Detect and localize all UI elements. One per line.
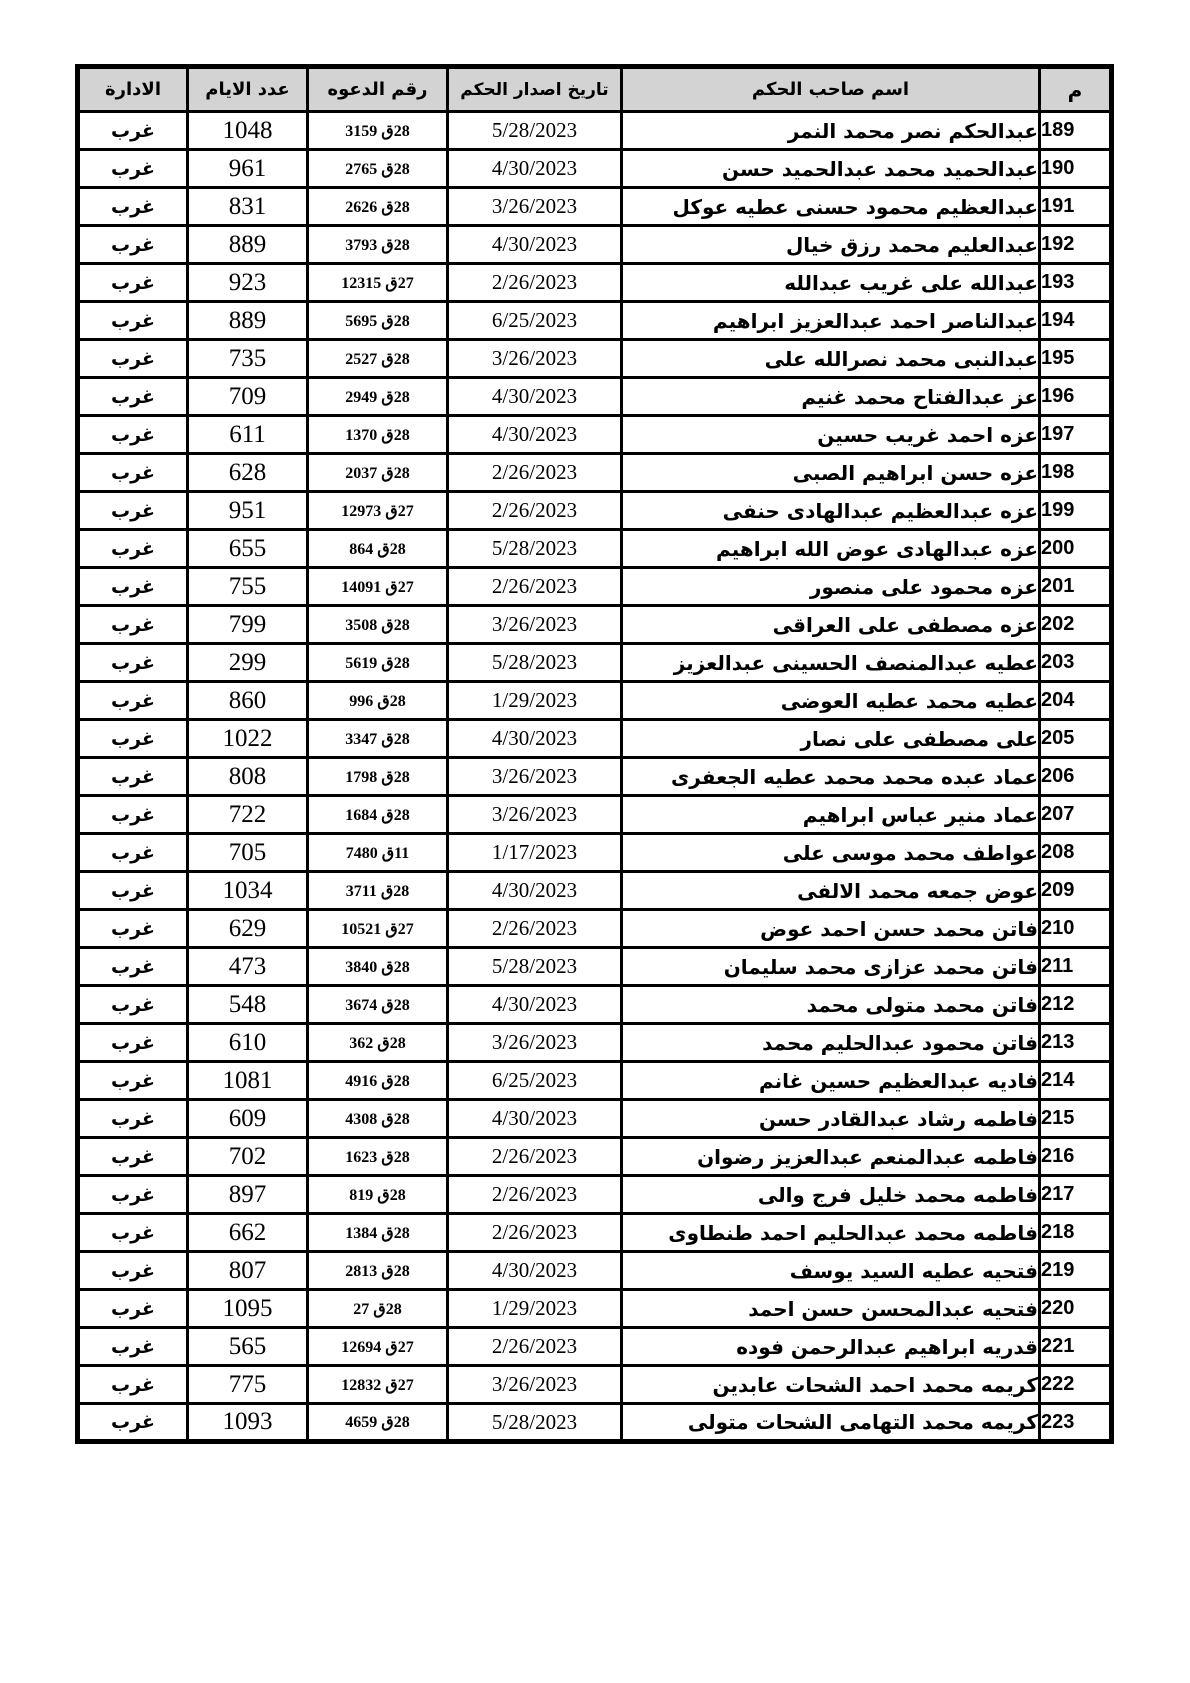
document-page: م اسم صاحب الحكم تاريخ اصدار الحكم رقم ا… — [0, 0, 1190, 1683]
administration-cell: غرب — [78, 530, 188, 568]
table-row: 213فاتن محمود عبدالحليم محمد3/26/2023362… — [78, 1024, 1112, 1062]
judgment-issue-date-cell: 4/30/2023 — [448, 150, 622, 188]
table-row: 189عبدالحكم نصر محمد النمر5/28/20233159 … — [78, 112, 1112, 150]
administration-cell: غرب — [78, 1062, 188, 1100]
case-number-cell: 12315 ق27 — [308, 264, 448, 302]
judgment-holder-name-cell: عبدالحميد محمد عبدالحميد حسن — [622, 150, 1040, 188]
table-body: 189عبدالحكم نصر محمد النمر5/28/20233159 … — [78, 112, 1112, 1442]
serial-number-cell: 217 — [1040, 1176, 1112, 1214]
table-row: 203عطيه عبدالمنصف الحسينى عبدالعزيز5/28/… — [78, 644, 1112, 682]
judgment-holder-name-cell: عماد عبده محمد محمد عطيه الجعفرى — [622, 758, 1040, 796]
judgments-table: م اسم صاحب الحكم تاريخ اصدار الحكم رقم ا… — [75, 64, 1114, 1444]
judgment-holder-name-cell: عبدالله على غريب عبدالله — [622, 264, 1040, 302]
case-number-cell: 1623 ق28 — [308, 1138, 448, 1176]
days-count-cell: 662 — [188, 1214, 308, 1252]
case-number-cell: 1384 ق28 — [308, 1214, 448, 1252]
administration-cell: غرب — [78, 378, 188, 416]
case-number-cell: 3711 ق28 — [308, 872, 448, 910]
administration-cell: غرب — [78, 910, 188, 948]
days-count-cell: 473 — [188, 948, 308, 986]
table-row: 221قدريه ابراهيم عبدالرحمن فوده2/26/2023… — [78, 1328, 1112, 1366]
case-number-cell: 362 ق28 — [308, 1024, 448, 1062]
table-row: 202عزه مصطفى على العراقى3/26/20233508 ق2… — [78, 606, 1112, 644]
header-row: م اسم صاحب الحكم تاريخ اصدار الحكم رقم ا… — [78, 67, 1112, 112]
judgment-issue-date-cell: 4/30/2023 — [448, 416, 622, 454]
serial-number-cell: 202 — [1040, 606, 1112, 644]
table-row: 211فاتن محمد عزازى محمد سليمان5/28/20233… — [78, 948, 1112, 986]
col-header-admin: الادارة — [78, 67, 188, 112]
judgment-issue-date-cell: 2/26/2023 — [448, 492, 622, 530]
col-header-case: رقم الدعوه — [308, 67, 448, 112]
case-number-cell: 27 ق28 — [308, 1290, 448, 1328]
case-number-cell: 3793 ق28 — [308, 226, 448, 264]
table-row: 208عواطف محمد موسى على1/17/20237480 ق117… — [78, 834, 1112, 872]
days-count-cell: 1022 — [188, 720, 308, 758]
table-row: 215فاطمه رشاد عبدالقادر حسن4/30/20234308… — [78, 1100, 1112, 1138]
judgment-issue-date-cell: 3/26/2023 — [448, 1024, 622, 1062]
table-row: 218فاطمه محمد عبدالحليم احمد طنطاوى2/26/… — [78, 1214, 1112, 1252]
judgment-issue-date-cell: 3/26/2023 — [448, 606, 622, 644]
administration-cell: غرب — [78, 1290, 188, 1328]
case-number-cell: 1370 ق28 — [308, 416, 448, 454]
table-row: 198عزه حسن ابراهيم الصبى2/26/20232037 ق2… — [78, 454, 1112, 492]
judgment-holder-name-cell: عزه حسن ابراهيم الصبى — [622, 454, 1040, 492]
judgment-issue-date-cell: 2/26/2023 — [448, 454, 622, 492]
serial-number-cell: 215 — [1040, 1100, 1112, 1138]
case-number-cell: 5695 ق28 — [308, 302, 448, 340]
days-count-cell: 709 — [188, 378, 308, 416]
days-count-cell: 629 — [188, 910, 308, 948]
judgment-holder-name-cell: فاتن محمد عزازى محمد سليمان — [622, 948, 1040, 986]
case-number-cell: 3508 ق28 — [308, 606, 448, 644]
judgment-holder-name-cell: عبدالنبى محمد نصرالله على — [622, 340, 1040, 378]
judgment-holder-name-cell: فاطمه عبدالمنعم عبدالعزيز رضوان — [622, 1138, 1040, 1176]
administration-cell: غرب — [78, 1252, 188, 1290]
serial-number-cell: 195 — [1040, 340, 1112, 378]
table-row: 206عماد عبده محمد محمد عطيه الجعفرى3/26/… — [78, 758, 1112, 796]
days-count-cell: 1081 — [188, 1062, 308, 1100]
days-count-cell: 299 — [188, 644, 308, 682]
serial-number-cell: 207 — [1040, 796, 1112, 834]
judgment-issue-date-cell: 6/25/2023 — [448, 302, 622, 340]
administration-cell: غرب — [78, 644, 188, 682]
col-header-serial: م — [1040, 67, 1112, 112]
judgment-issue-date-cell: 1/29/2023 — [448, 682, 622, 720]
days-count-cell: 611 — [188, 416, 308, 454]
judgment-issue-date-cell: 3/26/2023 — [448, 1366, 622, 1404]
case-number-cell: 5619 ق28 — [308, 644, 448, 682]
serial-number-cell: 211 — [1040, 948, 1112, 986]
serial-number-cell: 203 — [1040, 644, 1112, 682]
serial-number-cell: 216 — [1040, 1138, 1112, 1176]
case-number-cell: 2949 ق28 — [308, 378, 448, 416]
days-count-cell: 860 — [188, 682, 308, 720]
days-count-cell: 807 — [188, 1252, 308, 1290]
days-count-cell: 889 — [188, 302, 308, 340]
judgment-issue-date-cell: 4/30/2023 — [448, 226, 622, 264]
administration-cell: غرب — [78, 1328, 188, 1366]
judgment-issue-date-cell: 2/26/2023 — [448, 1138, 622, 1176]
administration-cell: غرب — [78, 454, 188, 492]
judgment-issue-date-cell: 1/17/2023 — [448, 834, 622, 872]
table-row: 204عطيه محمد عطيه العوضى1/29/2023996 ق28… — [78, 682, 1112, 720]
case-number-cell: 2527 ق28 — [308, 340, 448, 378]
administration-cell: غرب — [78, 340, 188, 378]
serial-number-cell: 201 — [1040, 568, 1112, 606]
days-count-cell: 655 — [188, 530, 308, 568]
judgment-holder-name-cell: فاتن محمد حسن احمد عوض — [622, 910, 1040, 948]
table-row: 196عز عبدالفتاح محمد غنيم4/30/20232949 ق… — [78, 378, 1112, 416]
days-count-cell: 609 — [188, 1100, 308, 1138]
administration-cell: غرب — [78, 720, 188, 758]
administration-cell: غرب — [78, 492, 188, 530]
days-count-cell: 610 — [188, 1024, 308, 1062]
serial-number-cell: 222 — [1040, 1366, 1112, 1404]
judgment-holder-name-cell: فاطمه رشاد عبدالقادر حسن — [622, 1100, 1040, 1138]
judgment-holder-name-cell: فاطمه محمد خليل فرج والى — [622, 1176, 1040, 1214]
administration-cell: غرب — [78, 302, 188, 340]
administration-cell: غرب — [78, 264, 188, 302]
table-row: 192عبدالعليم محمد رزق خيال4/30/20233793 … — [78, 226, 1112, 264]
serial-number-cell: 196 — [1040, 378, 1112, 416]
case-number-cell: 3347 ق28 — [308, 720, 448, 758]
judgment-issue-date-cell: 2/26/2023 — [448, 1214, 622, 1252]
case-number-cell: 4916 ق28 — [308, 1062, 448, 1100]
days-count-cell: 831 — [188, 188, 308, 226]
judgment-issue-date-cell: 5/28/2023 — [448, 530, 622, 568]
judgment-issue-date-cell: 5/28/2023 — [448, 112, 622, 150]
judgment-holder-name-cell: عطيه عبدالمنصف الحسينى عبدالعزيز — [622, 644, 1040, 682]
case-number-cell: 12832 ق27 — [308, 1366, 448, 1404]
judgment-holder-name-cell: عزه احمد غريب حسين — [622, 416, 1040, 454]
judgment-issue-date-cell: 4/30/2023 — [448, 720, 622, 758]
judgment-issue-date-cell: 3/26/2023 — [448, 758, 622, 796]
serial-number-cell: 192 — [1040, 226, 1112, 264]
judgment-issue-date-cell: 4/30/2023 — [448, 872, 622, 910]
days-count-cell: 775 — [188, 1366, 308, 1404]
table-row: 217فاطمه محمد خليل فرج والى2/26/2023819 … — [78, 1176, 1112, 1214]
judgment-issue-date-cell: 4/30/2023 — [448, 1100, 622, 1138]
judgment-issue-date-cell: 2/26/2023 — [448, 910, 622, 948]
judgment-holder-name-cell: عزه محمود على منصور — [622, 568, 1040, 606]
judgment-issue-date-cell: 3/26/2023 — [448, 796, 622, 834]
col-header-date: تاريخ اصدار الحكم — [448, 67, 622, 112]
case-number-cell: 2037 ق28 — [308, 454, 448, 492]
administration-cell: غرب — [78, 796, 188, 834]
administration-cell: غرب — [78, 188, 188, 226]
table-row: 219فتحيه عطيه السيد يوسف4/30/20232813 ق2… — [78, 1252, 1112, 1290]
table-row: 205على مصطفى على نصار4/30/20233347 ق2810… — [78, 720, 1112, 758]
serial-number-cell: 206 — [1040, 758, 1112, 796]
table-row: 220فتحيه عبدالمحسن حسن احمد1/29/202327 ق… — [78, 1290, 1112, 1328]
days-count-cell: 1095 — [188, 1290, 308, 1328]
case-number-cell: 14091 ق27 — [308, 568, 448, 606]
table-row: 197عزه احمد غريب حسين4/30/20231370 ق2861… — [78, 416, 1112, 454]
judgment-issue-date-cell: 2/26/2023 — [448, 1328, 622, 1366]
table-row: 207عماد منير عباس ابراهيم3/26/20231684 ق… — [78, 796, 1112, 834]
case-number-cell: 3159 ق28 — [308, 112, 448, 150]
judgment-holder-name-cell: فاطمه محمد عبدالحليم احمد طنطاوى — [622, 1214, 1040, 1252]
serial-number-cell: 220 — [1040, 1290, 1112, 1328]
judgment-issue-date-cell: 4/30/2023 — [448, 986, 622, 1024]
serial-number-cell: 210 — [1040, 910, 1112, 948]
case-number-cell: 2626 ق28 — [308, 188, 448, 226]
judgment-issue-date-cell: 2/26/2023 — [448, 1176, 622, 1214]
case-number-cell: 3840 ق28 — [308, 948, 448, 986]
case-number-cell: 10521 ق27 — [308, 910, 448, 948]
judgment-holder-name-cell: عبدالناصر احمد عبدالعزيز ابراهيم — [622, 302, 1040, 340]
administration-cell: غرب — [78, 1214, 188, 1252]
judgment-holder-name-cell: عزه عبدالهادى عوض الله ابراهيم — [622, 530, 1040, 568]
judgment-issue-date-cell: 4/30/2023 — [448, 1252, 622, 1290]
judgment-holder-name-cell: عبدالعليم محمد رزق خيال — [622, 226, 1040, 264]
administration-cell: غرب — [78, 1176, 188, 1214]
days-count-cell: 961 — [188, 150, 308, 188]
case-number-cell: 7480 ق11 — [308, 834, 448, 872]
judgment-holder-name-cell: فاتن محمد متولى محمد — [622, 986, 1040, 1024]
serial-number-cell: 189 — [1040, 112, 1112, 150]
judgment-holder-name-cell: عواطف محمد موسى على — [622, 834, 1040, 872]
case-number-cell: 4308 ق28 — [308, 1100, 448, 1138]
table-row: 222كريمه محمد احمد الشحات عابدين3/26/202… — [78, 1366, 1112, 1404]
serial-number-cell: 193 — [1040, 264, 1112, 302]
administration-cell: غرب — [78, 834, 188, 872]
judgment-holder-name-cell: عوض جمعه محمد الالفى — [622, 872, 1040, 910]
table-row: 191عبدالعظيم محمود حسنى عطيه عوكل3/26/20… — [78, 188, 1112, 226]
administration-cell: غرب — [78, 416, 188, 454]
table-row: 194عبدالناصر احمد عبدالعزيز ابراهيم6/25/… — [78, 302, 1112, 340]
case-number-cell: 2765 ق28 — [308, 150, 448, 188]
judgment-issue-date-cell: 3/26/2023 — [448, 188, 622, 226]
case-number-cell: 864 ق28 — [308, 530, 448, 568]
judgment-holder-name-cell: عز عبدالفتاح محمد غنيم — [622, 378, 1040, 416]
judgment-holder-name-cell: قدريه ابراهيم عبدالرحمن فوده — [622, 1328, 1040, 1366]
serial-number-cell: 197 — [1040, 416, 1112, 454]
serial-number-cell: 209 — [1040, 872, 1112, 910]
judgment-issue-date-cell: 2/26/2023 — [448, 568, 622, 606]
days-count-cell: 897 — [188, 1176, 308, 1214]
serial-number-cell: 191 — [1040, 188, 1112, 226]
case-number-cell: 996 ق28 — [308, 682, 448, 720]
case-number-cell: 12694 ق27 — [308, 1328, 448, 1366]
days-count-cell: 628 — [188, 454, 308, 492]
judgment-issue-date-cell: 3/26/2023 — [448, 340, 622, 378]
table-row: 201عزه محمود على منصور2/26/202314091 ق27… — [78, 568, 1112, 606]
administration-cell: غرب — [78, 150, 188, 188]
days-count-cell: 705 — [188, 834, 308, 872]
administration-cell: غرب — [78, 568, 188, 606]
judgment-issue-date-cell: 5/28/2023 — [448, 948, 622, 986]
days-count-cell: 1048 — [188, 112, 308, 150]
serial-number-cell: 212 — [1040, 986, 1112, 1024]
serial-number-cell: 218 — [1040, 1214, 1112, 1252]
judgment-issue-date-cell: 6/25/2023 — [448, 1062, 622, 1100]
days-count-cell: 1093 — [188, 1404, 308, 1442]
table-row: 209عوض جمعه محمد الالفى4/30/20233711 ق28… — [78, 872, 1112, 910]
judgment-holder-name-cell: فاديه عبدالعظيم حسين غانم — [622, 1062, 1040, 1100]
serial-number-cell: 219 — [1040, 1252, 1112, 1290]
table-row: 190عبدالحميد محمد عبدالحميد حسن4/30/2023… — [78, 150, 1112, 188]
serial-number-cell: 199 — [1040, 492, 1112, 530]
days-count-cell: 722 — [188, 796, 308, 834]
table-row: 200عزه عبدالهادى عوض الله ابراهيم5/28/20… — [78, 530, 1112, 568]
judgment-holder-name-cell: كريمه محمد احمد الشحات عابدين — [622, 1366, 1040, 1404]
table-row: 216فاطمه عبدالمنعم عبدالعزيز رضوان2/26/2… — [78, 1138, 1112, 1176]
administration-cell: غرب — [78, 872, 188, 910]
days-count-cell: 799 — [188, 606, 308, 644]
judgment-holder-name-cell: عطيه محمد عطيه العوضى — [622, 682, 1040, 720]
administration-cell: غرب — [78, 948, 188, 986]
case-number-cell: 12973 ق27 — [308, 492, 448, 530]
days-count-cell: 808 — [188, 758, 308, 796]
judgment-holder-name-cell: على مصطفى على نصار — [622, 720, 1040, 758]
judgment-holder-name-cell: فتحيه عطيه السيد يوسف — [622, 1252, 1040, 1290]
case-number-cell: 819 ق28 — [308, 1176, 448, 1214]
serial-number-cell: 221 — [1040, 1328, 1112, 1366]
serial-number-cell: 213 — [1040, 1024, 1112, 1062]
table-row: 195عبدالنبى محمد نصرالله على3/26/2023252… — [78, 340, 1112, 378]
serial-number-cell: 208 — [1040, 834, 1112, 872]
case-number-cell: 1798 ق28 — [308, 758, 448, 796]
administration-cell: غرب — [78, 1404, 188, 1442]
table-row: 199عزه عبدالعظيم عبدالهادى حنفى2/26/2023… — [78, 492, 1112, 530]
days-count-cell: 923 — [188, 264, 308, 302]
judgment-holder-name-cell: عبدالحكم نصر محمد النمر — [622, 112, 1040, 150]
days-count-cell: 951 — [188, 492, 308, 530]
administration-cell: غرب — [78, 606, 188, 644]
table-header: م اسم صاحب الحكم تاريخ اصدار الحكم رقم ا… — [78, 67, 1112, 112]
case-number-cell: 4659 ق28 — [308, 1404, 448, 1442]
judgment-holder-name-cell: كريمه محمد التهامى الشحات متولى — [622, 1404, 1040, 1442]
judgment-issue-date-cell: 1/29/2023 — [448, 1290, 622, 1328]
serial-number-cell: 198 — [1040, 454, 1112, 492]
table-row: 214فاديه عبدالعظيم حسين غانم6/25/2023491… — [78, 1062, 1112, 1100]
table-row: 212فاتن محمد متولى محمد4/30/20233674 ق28… — [78, 986, 1112, 1024]
serial-number-cell: 190 — [1040, 150, 1112, 188]
col-header-days: عدد الايام — [188, 67, 308, 112]
judgment-holder-name-cell: عزه مصطفى على العراقى — [622, 606, 1040, 644]
judgment-holder-name-cell: فتحيه عبدالمحسن حسن احمد — [622, 1290, 1040, 1328]
days-count-cell: 548 — [188, 986, 308, 1024]
administration-cell: غرب — [78, 1024, 188, 1062]
table-row: 193عبدالله على غريب عبدالله2/26/20231231… — [78, 264, 1112, 302]
serial-number-cell: 223 — [1040, 1404, 1112, 1442]
serial-number-cell: 200 — [1040, 530, 1112, 568]
administration-cell: غرب — [78, 1138, 188, 1176]
judgment-issue-date-cell: 5/28/2023 — [448, 1404, 622, 1442]
case-number-cell: 2813 ق28 — [308, 1252, 448, 1290]
judgment-issue-date-cell: 5/28/2023 — [448, 644, 622, 682]
days-count-cell: 755 — [188, 568, 308, 606]
serial-number-cell: 204 — [1040, 682, 1112, 720]
serial-number-cell: 205 — [1040, 720, 1112, 758]
days-count-cell: 702 — [188, 1138, 308, 1176]
administration-cell: غرب — [78, 112, 188, 150]
case-number-cell: 1684 ق28 — [308, 796, 448, 834]
days-count-cell: 735 — [188, 340, 308, 378]
case-number-cell: 3674 ق28 — [308, 986, 448, 1024]
days-count-cell: 889 — [188, 226, 308, 264]
judgment-holder-name-cell: عزه عبدالعظيم عبدالهادى حنفى — [622, 492, 1040, 530]
administration-cell: غرب — [78, 682, 188, 720]
judgment-holder-name-cell: عماد منير عباس ابراهيم — [622, 796, 1040, 834]
serial-number-cell: 194 — [1040, 302, 1112, 340]
administration-cell: غرب — [78, 1100, 188, 1138]
serial-number-cell: 214 — [1040, 1062, 1112, 1100]
administration-cell: غرب — [78, 758, 188, 796]
days-count-cell: 1034 — [188, 872, 308, 910]
table-row: 210فاتن محمد حسن احمد عوض2/26/202310521 … — [78, 910, 1112, 948]
administration-cell: غرب — [78, 1366, 188, 1404]
judgment-issue-date-cell: 2/26/2023 — [448, 264, 622, 302]
table-row: 223كريمه محمد التهامى الشحات متولى5/28/2… — [78, 1404, 1112, 1442]
days-count-cell: 565 — [188, 1328, 308, 1366]
judgment-holder-name-cell: عبدالعظيم محمود حسنى عطيه عوكل — [622, 188, 1040, 226]
administration-cell: غرب — [78, 226, 188, 264]
administration-cell: غرب — [78, 986, 188, 1024]
judgment-issue-date-cell: 4/30/2023 — [448, 378, 622, 416]
judgment-holder-name-cell: فاتن محمود عبدالحليم محمد — [622, 1024, 1040, 1062]
col-header-name: اسم صاحب الحكم — [622, 67, 1040, 112]
